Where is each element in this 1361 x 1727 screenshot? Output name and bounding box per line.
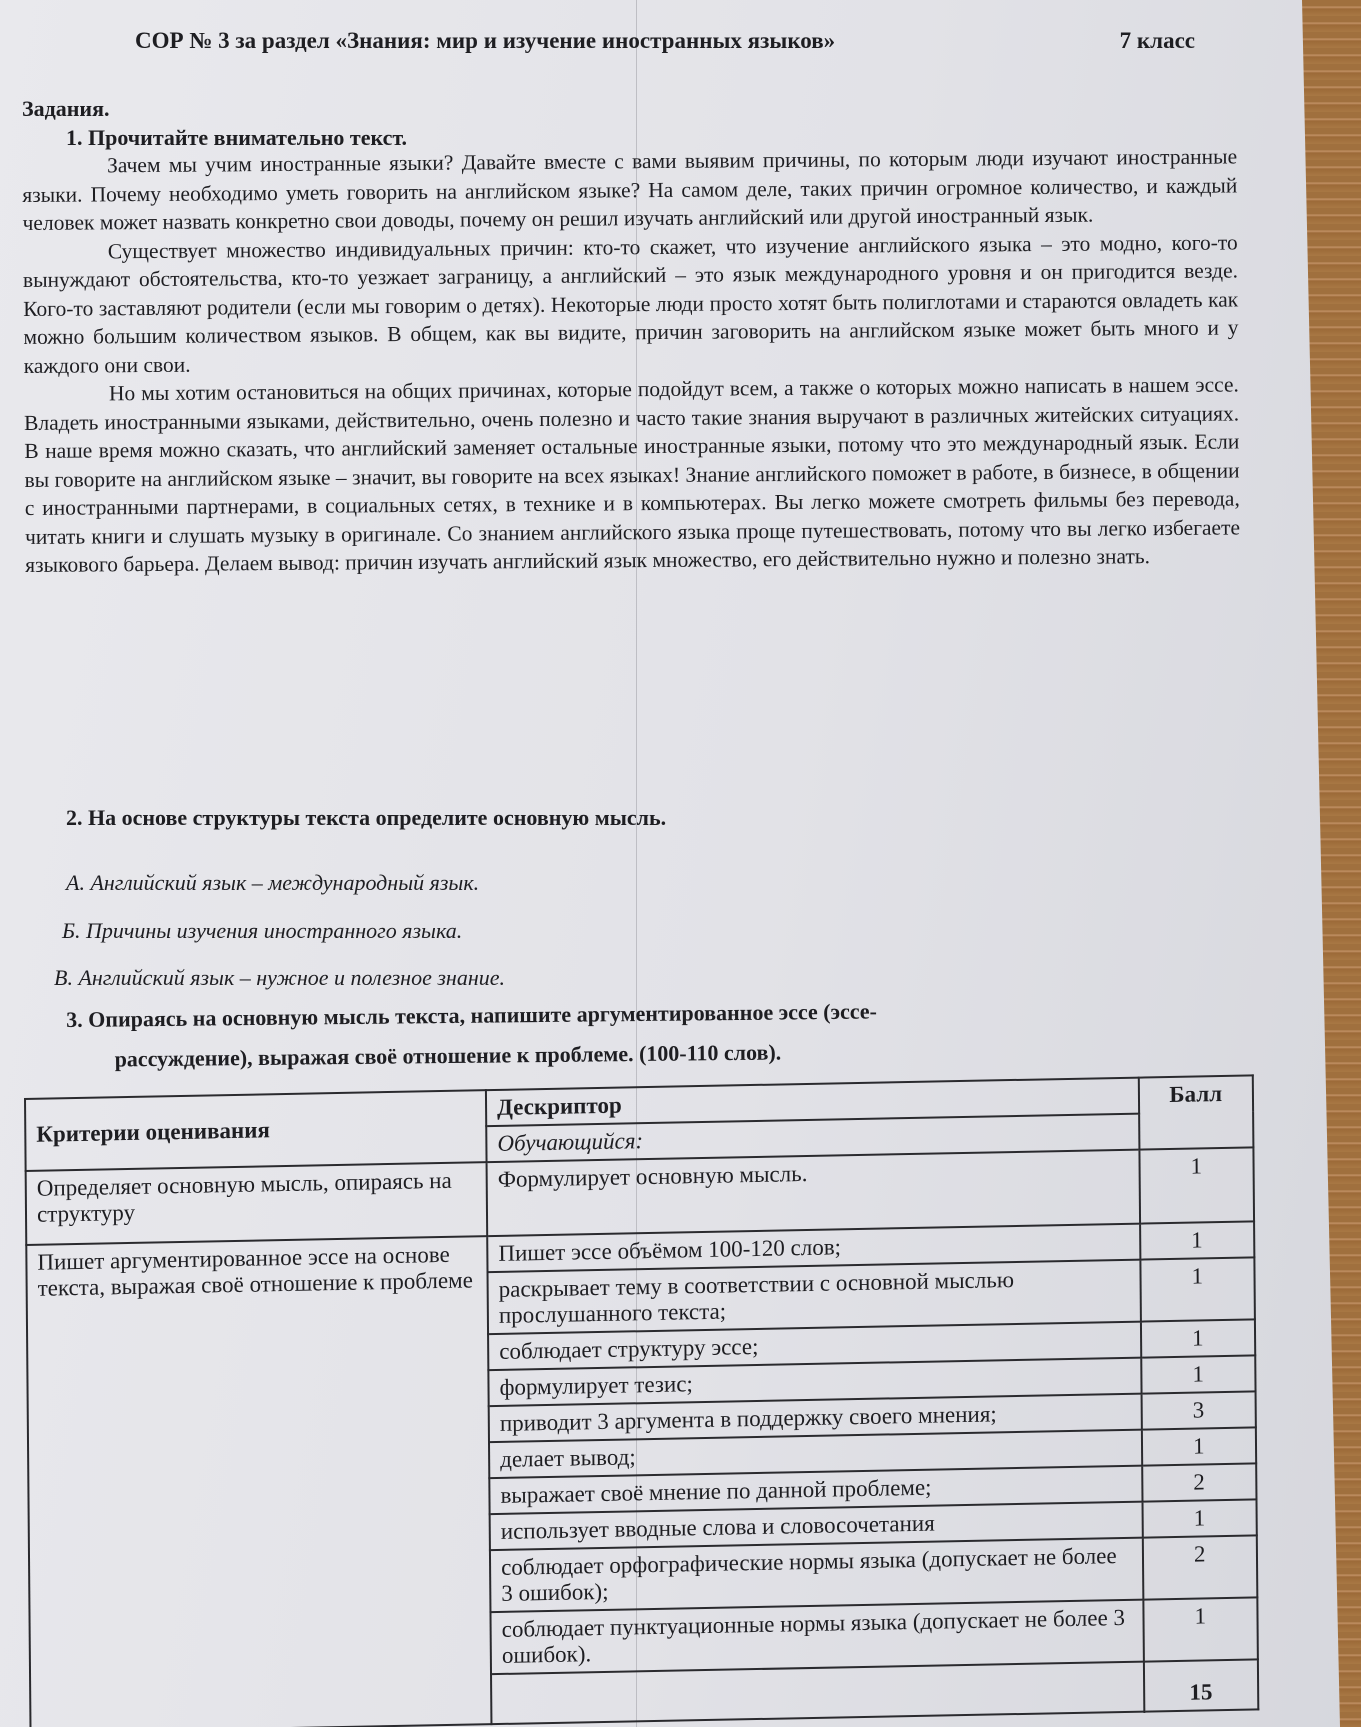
total-score: 15: [1155, 1679, 1248, 1707]
score-cell: 1: [1142, 1499, 1257, 1537]
task-1-heading: 1. Прочитайте внимательно текст.: [66, 125, 407, 151]
descriptor-cell: Формулирует основную мысль.: [487, 1150, 1140, 1237]
criterion-cell: Пишет аргументированное эссе на основе т…: [26, 1236, 491, 1727]
reading-text: Зачем мы учим иностранные языки? Давайте…: [22, 142, 1240, 579]
score-cell: 1: [1141, 1355, 1256, 1393]
document-title: СОР № 3 за раздел «Знания: мир и изучени…: [135, 28, 835, 54]
score-cell: 2: [1142, 1463, 1257, 1501]
criterion-cell: Определяет основную мысль, опираясь на с…: [26, 1162, 488, 1245]
score-cell: 1: [1140, 1319, 1255, 1357]
score-cell: 1: [1143, 1597, 1258, 1661]
answer-option-a: А. Английский язык – международный язык.: [66, 870, 479, 896]
score-cell: 1: [1140, 1257, 1255, 1321]
paragraph: Существует множество индивидуальных прич…: [23, 228, 1239, 380]
score-cell: 1: [1141, 1427, 1256, 1465]
answer-option-c: В. Английский язык – нужное и полезное з…: [54, 965, 505, 991]
task-3-heading: 3. Опираясь на основную мысль текста, на…: [66, 988, 1167, 1080]
rubric-table: Критерии оценивания Дескриптор Балл Обуч…: [24, 1074, 1259, 1727]
score-cell: 2: [1142, 1535, 1257, 1599]
task-2-heading: 2. На основе структуры текста определите…: [66, 805, 666, 831]
answer-option-b: Б. Причины изучения иностранного языка.: [62, 918, 462, 944]
score-value: [1154, 1665, 1246, 1667]
score-cell: 1: [1139, 1147, 1254, 1223]
score-header: Балл: [1138, 1075, 1253, 1149]
paragraph: Но мы хотим остановиться на общих причин…: [24, 370, 1241, 579]
grade-label: 7 класс: [1120, 28, 1195, 54]
document-header: СОР № 3 за раздел «Знания: мир и изучени…: [135, 28, 1195, 54]
criteria-header: Критерии оценивания: [25, 1090, 487, 1171]
task-3-line-1: 3. Опираясь на основную мысль текста, на…: [66, 999, 877, 1032]
score-cell: 3: [1141, 1391, 1256, 1429]
section-label: Задания.: [22, 96, 110, 122]
paragraph: Зачем мы учим иностранные языки? Давайте…: [22, 142, 1238, 237]
score-cell: 15: [1143, 1659, 1258, 1711]
score-cell: 1: [1140, 1221, 1255, 1259]
